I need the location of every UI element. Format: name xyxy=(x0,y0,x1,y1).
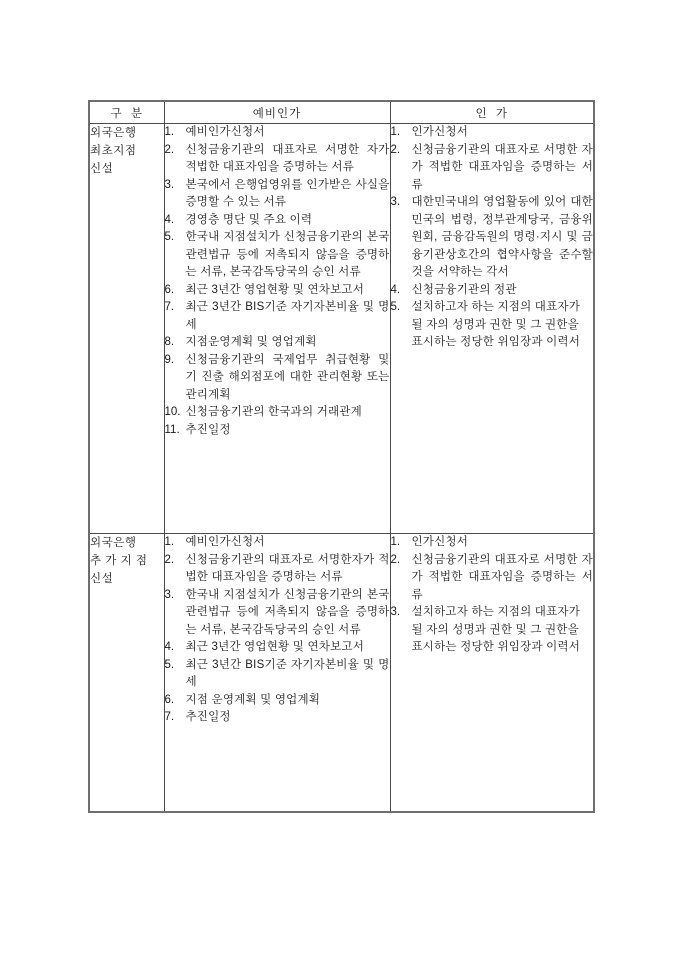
list-item: 11. 추진일정 xyxy=(165,422,390,440)
category-cell-initial-branch: 외국은행 최초지점 신설 xyxy=(89,124,164,534)
item-number: 3. xyxy=(165,177,186,212)
item-text: 지점운영계획 및 영업계획 xyxy=(186,334,390,352)
item-number: 8. xyxy=(165,334,186,352)
category-lines: 외국은행 추 가 지 점 신설 xyxy=(90,534,164,588)
item-number: 6. xyxy=(165,282,186,300)
list-item: 1. 인가신청서 xyxy=(391,124,594,142)
item-number: 2. xyxy=(165,552,186,587)
column-header-preliminary-approval: 예비인가 xyxy=(164,101,390,124)
header-row: 구 분 예비인가 인 가 xyxy=(89,101,594,124)
document-page: 구 분 예비인가 인 가 외국은행 최초지점 신설 xyxy=(0,0,680,962)
item-number: 1. xyxy=(165,124,186,142)
list-item: 5. 한국내 지점설치가 신청금융기관의 본국 관련법규 등에 저촉되지 않음을… xyxy=(165,229,390,282)
item-number: 4. xyxy=(165,212,186,230)
list-item: 8. 지점운영계획 및 영업계획 xyxy=(165,334,390,352)
item-number: 2. xyxy=(391,142,412,195)
list-item: 4. 최근 3년간 영업현황 및 연차보고서 xyxy=(165,639,390,657)
item-text: 신청금융기관의 대표자로 서명한자가 적법한 대표자임을 증명하는 서류 xyxy=(186,552,390,587)
list-item: 3. 한국내 지점설치가 신청금융기관의 본국 관련법규 등에 저촉되지 않음을… xyxy=(165,587,390,640)
item-text: 예비인가신청서 xyxy=(186,534,390,552)
item-text: 신청금융기관의 정관 xyxy=(412,282,594,300)
column-header-category: 구 분 xyxy=(89,101,164,124)
list-item: 1. 인가신청서 xyxy=(391,534,594,552)
item-number: 1. xyxy=(165,534,186,552)
list-item: 2. 신청금융기관의 대표자로 서명한 자가 적법한 대표자임을 증명하는 서류 xyxy=(391,142,594,195)
approval-item-list: 1. 인가신청서 2. 신청금융기관의 대표자로 서명한 자가 적법한 대표자임… xyxy=(391,534,594,657)
list-item: 4. 신청금융기관의 정관 xyxy=(391,282,594,300)
list-item: 2. 신청금융기관의 대표자로 서명한 자가 적법한 대표자임을 증명하는 서류 xyxy=(391,552,594,605)
item-number: 4. xyxy=(391,282,412,300)
list-item: 6. 최근 3년간 영업현황 및 연차보고서 xyxy=(165,282,390,300)
item-text: 인가신청서 xyxy=(412,534,594,552)
item-number: 10. xyxy=(165,404,186,422)
item-number: 9. xyxy=(165,352,186,405)
item-number: 7. xyxy=(165,709,186,727)
item-number: 2. xyxy=(391,552,412,605)
list-item: 3. 설치하고자 하는 지점의 대표자가 될 자의 성명과 권한 및 그 권한을… xyxy=(391,604,594,657)
item-number: 1. xyxy=(391,124,412,142)
category-lines: 외국은행 최초지점 신설 xyxy=(90,124,164,178)
category-line: 최초지점 xyxy=(90,142,164,160)
list-item: 6. 지점 운영계획 및 영업계획 xyxy=(165,692,390,710)
list-item: 3. 대한민국내의 영업활동에 있어 대한민국의 법령, 정부관계당국, 금융위… xyxy=(391,194,594,282)
category-line: 외국은행 xyxy=(90,124,164,142)
category-line: 신설 xyxy=(90,570,164,588)
list-item: 10. 신청금융기관의 한국과의 거래관계 xyxy=(165,404,390,422)
list-item: 7. 최근 3년간 BIS기준 자기자본비율 및 명세 xyxy=(165,299,390,334)
item-number: 3. xyxy=(391,194,412,282)
item-text: 신청금융기관의 대표자로 서명한 자가 적법한 대표자임을 증명하는 서류 xyxy=(412,552,594,605)
item-number: 5. xyxy=(165,657,186,692)
list-item: 4. 경영층 명단 및 주요 이력 xyxy=(165,212,390,230)
item-text: 신청금융기관의 국제업무 취급현황 및 기 진출 해외점포에 대한 관리현황 또… xyxy=(186,352,390,405)
approval-requirements-table: 구 분 예비인가 인 가 외국은행 최초지점 신설 xyxy=(88,100,595,813)
category-cell-additional-branch: 외국은행 추 가 지 점 신설 xyxy=(89,534,164,812)
item-text: 추진일정 xyxy=(186,422,390,440)
approval-items-cell-additional-branch: 1. 인가신청서 2. 신청금융기관의 대표자로 서명한 자가 적법한 대표자임… xyxy=(390,534,594,812)
list-item: 5. 설치하고자 하는 지점의 대표자가 될 자의 성명과 권한 및 그 권한을… xyxy=(391,299,594,352)
item-text: 신청금융기관의 대표자로 서명한 자가 적법한 대표자임을 증명하는 서류 xyxy=(186,142,390,177)
item-text: 경영층 명단 및 주요 이력 xyxy=(186,212,390,230)
approval-items-cell-initial-branch: 1. 인가신청서 2. 신청금융기관의 대표자로 서명한 자가 적법한 대표자임… xyxy=(390,124,594,534)
preliminary-items-cell-additional-branch: 1. 예비인가신청서 2. 신청금융기관의 대표자로 서명한자가 적법한 대표자… xyxy=(164,534,390,812)
preliminary-item-list: 1. 예비인가신청서 2. 신청금융기관의 대표자로 서명한자가 적법한 대표자… xyxy=(165,534,390,727)
item-text: 본국에서 은행업영위를 인가받은 사실을 증명할 수 있는 서류 xyxy=(186,177,390,212)
item-text: 한국내 지점설치가 신청금융기관의 본국 관련법규 등에 저촉되지 않음을 증명… xyxy=(186,229,390,282)
item-number: 3. xyxy=(165,587,186,640)
item-number: 7. xyxy=(165,299,186,334)
list-item: 1. 예비인가신청서 xyxy=(165,124,390,142)
preliminary-item-list: 1. 예비인가신청서 2. 신청금융기관의 대표자로 서명한 자가 적법한 대표… xyxy=(165,124,390,439)
item-text: 최근 3년간 BIS기준 자기자본비율 및 명세 xyxy=(186,299,390,334)
item-number: 4. xyxy=(165,639,186,657)
item-text: 최근 3년간 영업현황 및 연차보고서 xyxy=(186,282,390,300)
item-text: 신청금융기관의 한국과의 거래관계 xyxy=(186,404,390,422)
table-row-additional-branch: 외국은행 추 가 지 점 신설 1. 예비인가신청서 xyxy=(89,534,594,812)
item-text: 추진일정 xyxy=(186,709,390,727)
item-number: 3. xyxy=(391,604,412,657)
item-number: 5. xyxy=(391,299,412,352)
item-number: 11. xyxy=(165,422,186,440)
item-number: 2. xyxy=(165,142,186,177)
category-line: 외국은행 xyxy=(90,534,164,552)
item-text: 신청금융기관의 대표자로 서명한 자가 적법한 대표자임을 증명하는 서류 xyxy=(412,142,594,195)
item-number: 5. xyxy=(165,229,186,282)
item-text: 최근 3년간 영업현황 및 연차보고서 xyxy=(186,639,390,657)
item-number: 6. xyxy=(165,692,186,710)
item-text: 예비인가신청서 xyxy=(186,124,390,142)
list-item: 3. 본국에서 은행업영위를 인가받은 사실을 증명할 수 있는 서류 xyxy=(165,177,390,212)
approval-item-list: 1. 인가신청서 2. 신청금융기관의 대표자로 서명한 자가 적법한 대표자임… xyxy=(391,124,594,352)
item-text: 최근 3년간 BIS기준 자기자본비율 및 명세 xyxy=(186,657,390,692)
item-text: 지점 운영계획 및 영업계획 xyxy=(186,692,390,710)
category-line: 신설 xyxy=(90,160,164,178)
list-item: 1. 예비인가신청서 xyxy=(165,534,390,552)
item-text: 한국내 지점설치가 신청금융기관의 본국 관련법규 등에 저촉되지 않음을 증명… xyxy=(186,587,390,640)
preliminary-items-cell-initial-branch: 1. 예비인가신청서 2. 신청금융기관의 대표자로 서명한 자가 적법한 대표… xyxy=(164,124,390,534)
list-item: 5. 최근 3년간 BIS기준 자기자본비율 및 명세 xyxy=(165,657,390,692)
item-text: 인가신청서 xyxy=(412,124,594,142)
item-text: 설치하고자 하는 지점의 대표자가 될 자의 성명과 권한 및 그 권한을 표시… xyxy=(412,299,594,352)
list-item: 2. 신청금융기관의 대표자로 서명한 자가 적법한 대표자임을 증명하는 서류 xyxy=(165,142,390,177)
table-row-initial-branch: 외국은행 최초지점 신설 1. 예비인가신청서 xyxy=(89,124,594,534)
list-item: 7. 추진일정 xyxy=(165,709,390,727)
column-header-approval: 인 가 xyxy=(390,101,594,124)
category-line: 추 가 지 점 xyxy=(90,552,164,570)
item-text: 대한민국내의 영업활동에 있어 대한민국의 법령, 정부관계당국, 금융위원회,… xyxy=(412,194,594,282)
item-text: 설치하고자 하는 지점의 대표자가 될 자의 성명과 권한 및 그 권한을 표시… xyxy=(412,604,594,657)
list-item: 2. 신청금융기관의 대표자로 서명한자가 적법한 대표자임을 증명하는 서류 xyxy=(165,552,390,587)
item-number: 1. xyxy=(391,534,412,552)
list-item: 9. 신청금융기관의 국제업무 취급현황 및 기 진출 해외점포에 대한 관리현… xyxy=(165,352,390,405)
